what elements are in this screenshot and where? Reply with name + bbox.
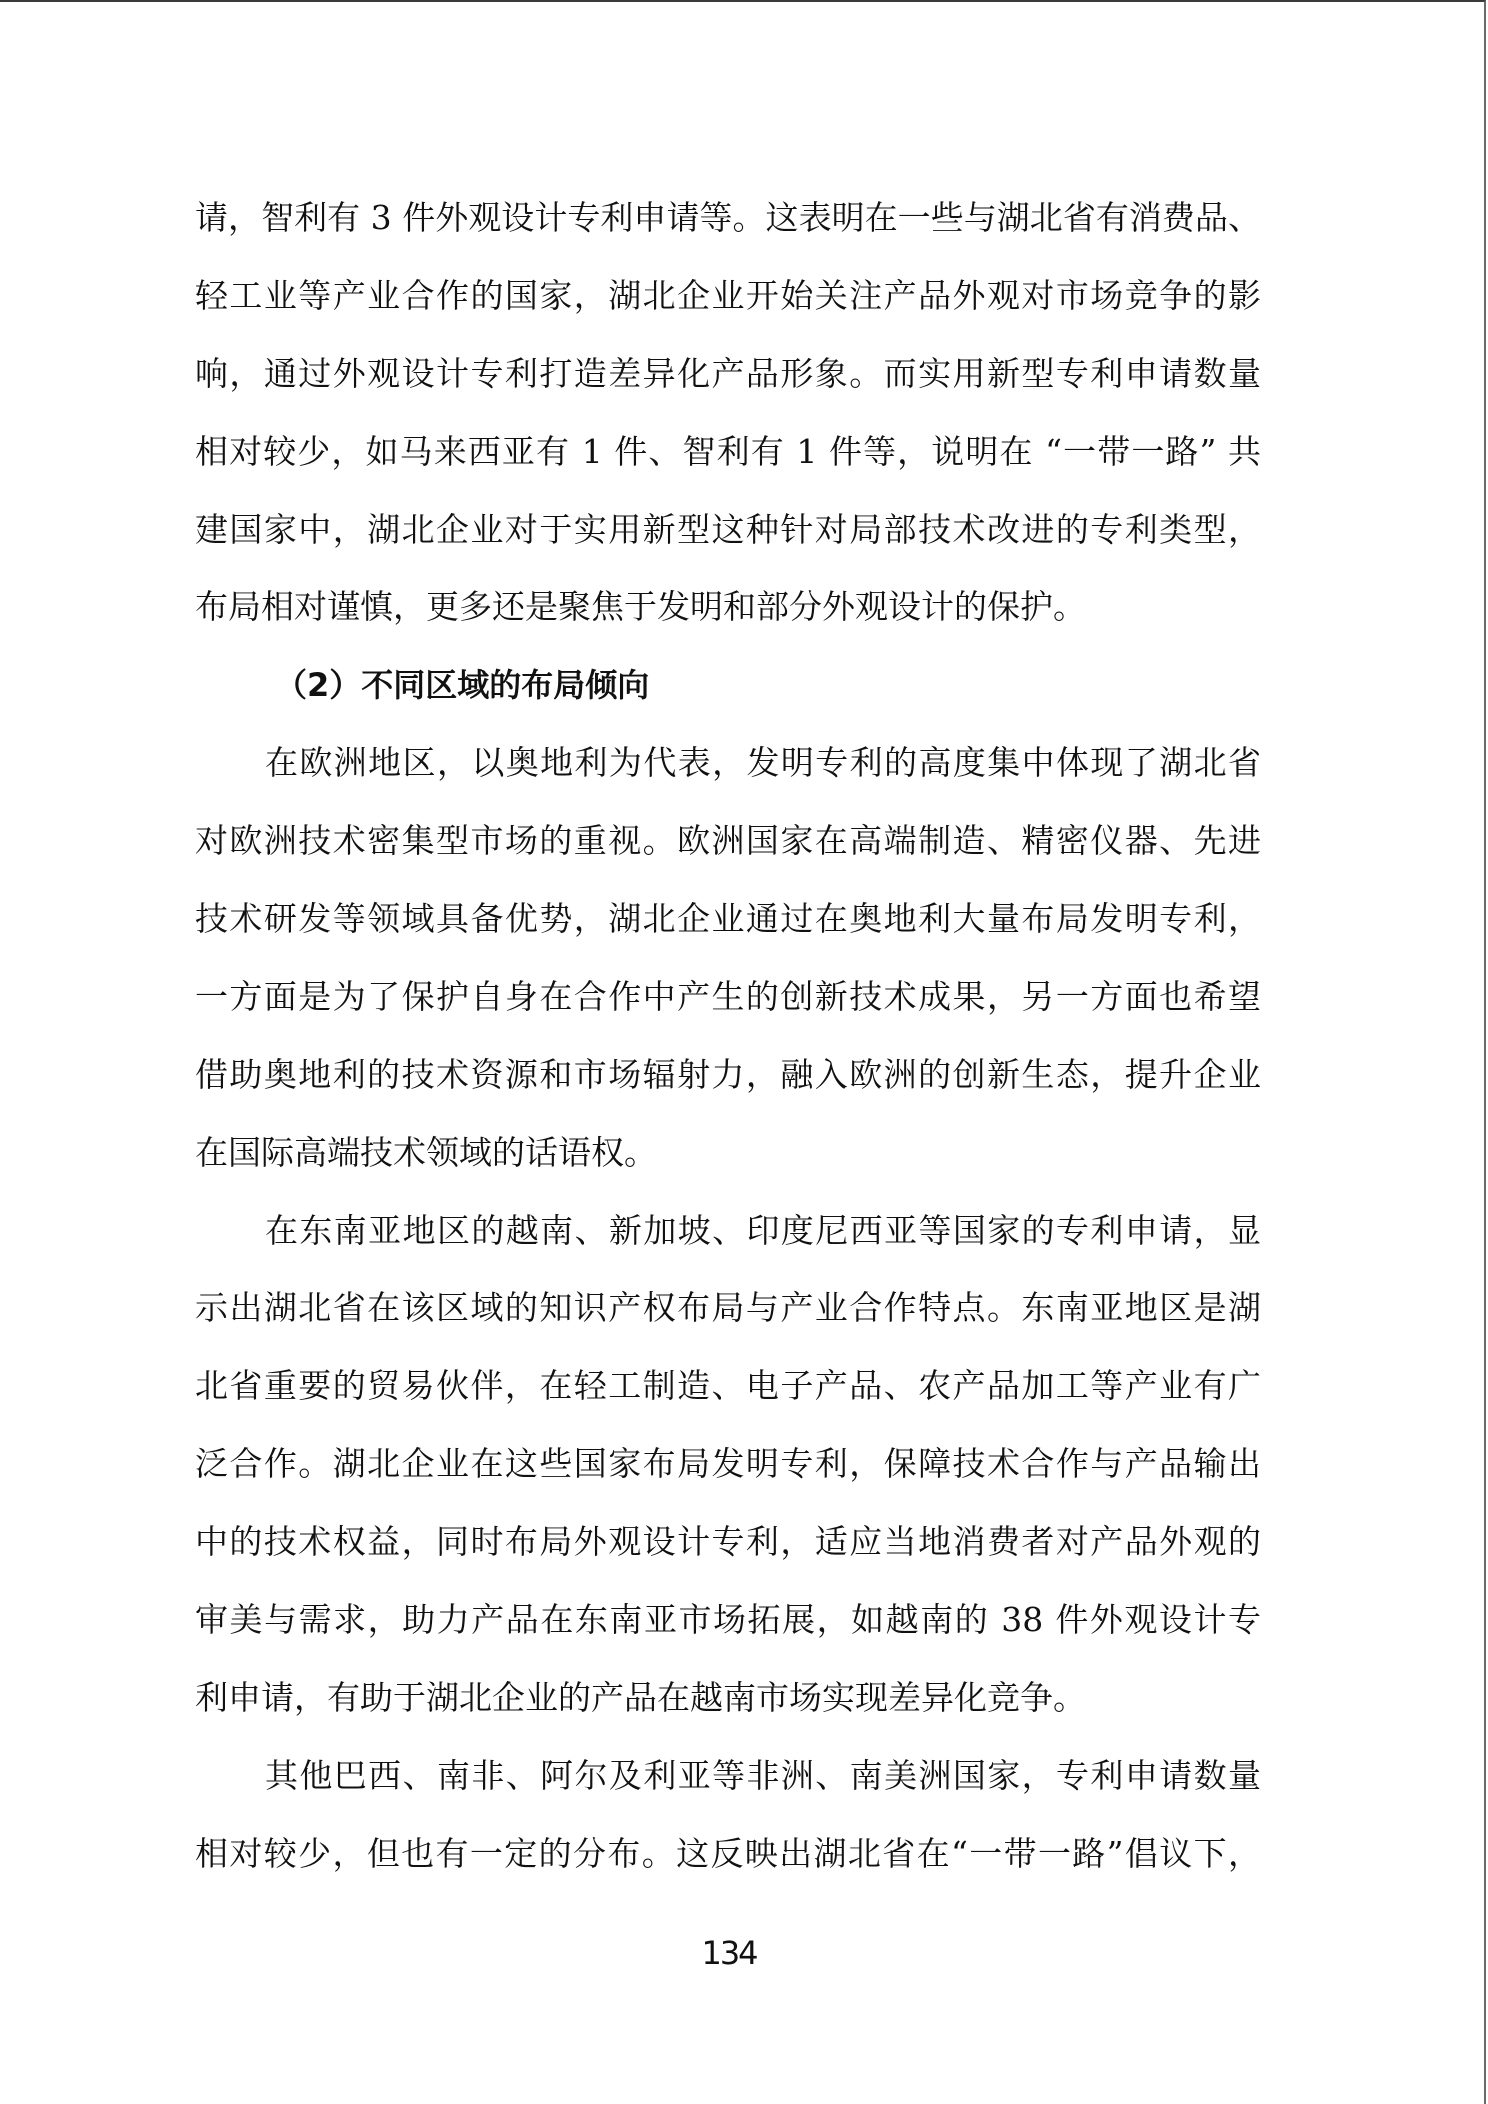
text-line: 北省重要的贸易伙伴，在轻工制造、电子产品、农产品加工等产业有广 (195, 1363, 1261, 1441)
text-line: 响，通过外观设计专利打造差异化产品形象。而实用新型专利申请数量 (195, 351, 1261, 429)
paragraph-southeast-asia: 在东南亚地区的越南、新加坡、印度尼西亚等国家的专利申请，显 示出湖北省在该区域的… (195, 1208, 1261, 1753)
text-line: 在欧洲地区，以奥地利为代表，发明专利的高度集中体现了湖北省 (195, 740, 1261, 818)
section-heading-text: （2）不同区域的布局倾向 (275, 662, 1261, 708)
text-line: 对欧洲技术密集型市场的重视。欧洲国家在高端制造、精密仪器、先进 (195, 818, 1261, 896)
document-body: 请，智利有 3 件外观设计专利申请等。这表明在一些与湖北省有消费品、 轻工业等产… (195, 195, 1261, 1909)
text-line: 借助奥地利的技术资源和市场辐射力，融入欧洲的创新生态，提升企业 (195, 1052, 1261, 1130)
paragraph-europe: 在欧洲地区，以奥地利为代表，发明专利的高度集中体现了湖北省 对欧洲技术密集型市场… (195, 740, 1261, 1207)
text-line-content: 相对较少，但也有一定的分布。这反映出湖北省在“一带一路”倡议下， (195, 1831, 1261, 1877)
text-line-content: 利申请，有助于湖北企业的产品在越南市场实现差异化竞争。 (195, 1675, 1261, 1721)
text-line-content: 在东南亚地区的越南、新加坡、印度尼西亚等国家的专利申请，显 (265, 1208, 1261, 1254)
text-line-content: 对欧洲技术密集型市场的重视。欧洲国家在高端制造、精密仪器、先进 (195, 818, 1261, 864)
text-line-content: 建国家中，湖北企业对于实用新型这种针对局部技术改进的专利类型， (195, 507, 1261, 553)
text-line-content: 中的技术权益，同时布局外观设计专利，适应当地消费者对产品外观的 (195, 1519, 1261, 1565)
page-number: 134 (0, 1934, 1458, 1972)
paragraph-other-regions: 其他巴西、南非、阿尔及利亚等非洲、南美洲国家，专利申请数量 相对较少，但也有一定… (195, 1753, 1261, 1909)
text-line-content: 布局相对谨慎，更多还是聚焦于发明和部分外观设计的保护。 (195, 584, 1261, 630)
text-line: 请，智利有 3 件外观设计专利申请等。这表明在一些与湖北省有消费品、 (195, 195, 1261, 273)
text-line-content: 一方面是为了保护自身在合作中产生的创新技术成果，另一方面也希望 (195, 974, 1261, 1020)
text-line: 一方面是为了保护自身在合作中产生的创新技术成果，另一方面也希望 (195, 974, 1261, 1052)
text-line-content: 技术研发等领域具备优势，湖北企业通过在奥地利大量布局发明专利， (195, 896, 1261, 942)
text-line-content: 在欧洲地区，以奥地利为代表，发明专利的高度集中体现了湖北省 (265, 740, 1261, 786)
text-line-content: 示出湖北省在该区域的知识产权布局与产业合作特点。东南亚地区是湖 (195, 1285, 1261, 1331)
text-line: 其他巴西、南非、阿尔及利亚等非洲、南美洲国家，专利申请数量 (195, 1753, 1261, 1831)
text-line-content: 其他巴西、南非、阿尔及利亚等非洲、南美洲国家，专利申请数量 (265, 1753, 1261, 1799)
text-line: 审美与需求，助力产品在东南亚市场拓展，如越南的 38 件外观设计专 (195, 1597, 1261, 1675)
text-line: 中的技术权益，同时布局外观设计专利，适应当地消费者对产品外观的 (195, 1519, 1261, 1597)
text-line-content: 北省重要的贸易伙伴，在轻工制造、电子产品、农产品加工等产业有广 (195, 1363, 1261, 1409)
text-line: 利申请，有助于湖北企业的产品在越南市场实现差异化竞争。 (195, 1675, 1261, 1753)
text-line-content: 相对较少，如马来西亚有 1 件、智利有 1 件等，说明在 “一带一路” 共 (195, 429, 1261, 475)
text-line: 相对较少，如马来西亚有 1 件、智利有 1 件等，说明在 “一带一路” 共 (195, 429, 1261, 507)
text-line-content: 在国际高端技术领域的话语权。 (195, 1130, 1261, 1176)
text-line: 相对较少，但也有一定的分布。这反映出湖北省在“一带一路”倡议下， (195, 1831, 1261, 1909)
paragraph-design-patents: 请，智利有 3 件外观设计专利申请等。这表明在一些与湖北省有消费品、 轻工业等产… (195, 195, 1261, 662)
text-line-content: 请，智利有 3 件外观设计专利申请等。这表明在一些与湖北省有消费品、 (195, 195, 1261, 241)
text-line-content: 响，通过外观设计专利打造差异化产品形象。而实用新型专利申请数量 (195, 351, 1261, 397)
text-line: 轻工业等产业合作的国家，湖北企业开始关注产品外观对市场竞争的影 (195, 273, 1261, 351)
text-line-content: 轻工业等产业合作的国家，湖北企业开始关注产品外观对市场竞争的影 (195, 273, 1261, 319)
text-line-content: 泛合作。湖北企业在这些国家布局发明专利，保障技术合作与产品输出 (195, 1441, 1261, 1487)
text-line: 在国际高端技术领域的话语权。 (195, 1130, 1261, 1208)
text-line-content: 审美与需求，助力产品在东南亚市场拓展，如越南的 38 件外观设计专 (195, 1597, 1261, 1643)
text-line: 在东南亚地区的越南、新加坡、印度尼西亚等国家的专利申请，显 (195, 1208, 1261, 1286)
text-line-content: 借助奥地利的技术资源和市场辐射力，融入欧洲的创新生态，提升企业 (195, 1052, 1261, 1098)
section-heading: （2）不同区域的布局倾向 (195, 662, 1261, 740)
text-line: 建国家中，湖北企业对于实用新型这种针对局部技术改进的专利类型， (195, 507, 1261, 585)
text-line: 技术研发等领域具备优势，湖北企业通过在奥地利大量布局发明专利， (195, 896, 1261, 974)
text-line: 示出湖北省在该区域的知识产权布局与产业合作特点。东南亚地区是湖 (195, 1285, 1261, 1363)
text-line: 布局相对谨慎，更多还是聚焦于发明和部分外观设计的保护。 (195, 584, 1261, 662)
text-line: 泛合作。湖北企业在这些国家布局发明专利，保障技术合作与产品输出 (195, 1441, 1261, 1519)
